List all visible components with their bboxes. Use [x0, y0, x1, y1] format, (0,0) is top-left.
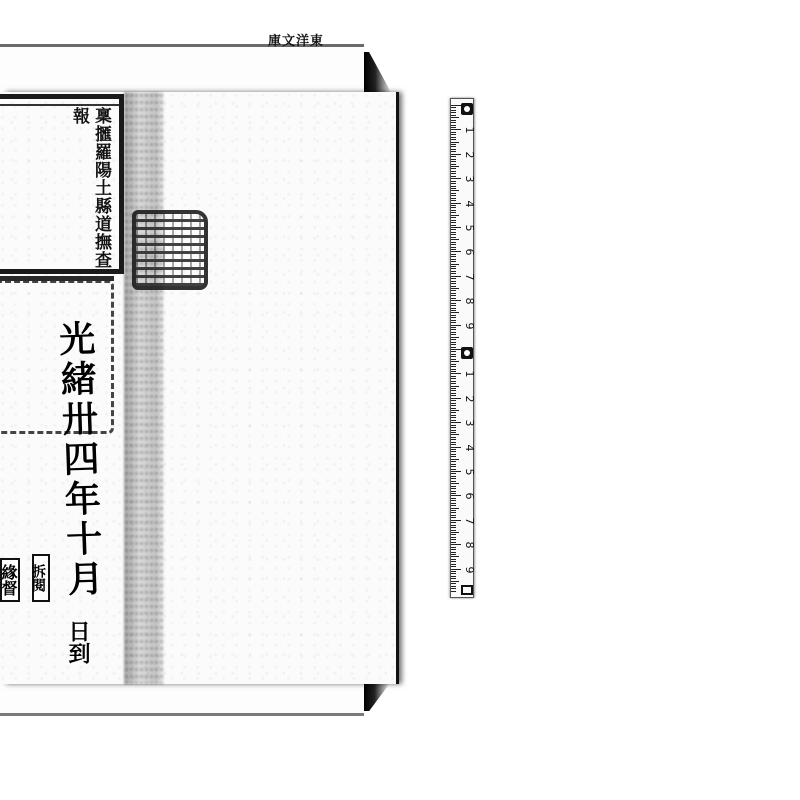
ruler-tick: [451, 132, 456, 133]
ruler-tick: [451, 459, 459, 460]
ruler-tick: [451, 476, 456, 477]
ruler-tick: [451, 522, 456, 523]
ruler-tick: [451, 227, 461, 228]
ruler-tick: [451, 183, 456, 184]
official-seal: square red/black official seal on spine: [132, 210, 208, 290]
ruler-tick: [451, 198, 456, 199]
ruler-tick: [451, 420, 456, 421]
handwritten-received: 日到: [64, 620, 94, 664]
ruler-tick: [451, 176, 456, 177]
ruler-label: 5: [461, 222, 475, 234]
ruler-tick: [451, 110, 456, 111]
ruler-tick: [451, 537, 456, 538]
ruler-tick: [451, 439, 456, 440]
ruler-tick: [451, 371, 456, 372]
ruler-tick: [451, 503, 456, 504]
small-seal-left: 緣督: [0, 558, 20, 602]
ruler-tick: [451, 283, 456, 284]
ruler-tick: [451, 234, 456, 235]
ruler-tick: [451, 432, 456, 433]
ruler-tick: [451, 393, 456, 394]
ruler-tick: [451, 303, 456, 304]
ruler-tick: [451, 573, 456, 574]
page-edge-shadow-bottom: [364, 683, 390, 711]
document-title: 稟擓羅陽土縣道撫查報: [90, 107, 112, 269]
ruler-tick: [451, 300, 461, 301]
ruler-label: 4: [461, 442, 475, 454]
ruler-tick: [451, 483, 459, 484]
ruler-label: 1: [461, 124, 475, 136]
ruler-tick: [451, 386, 459, 387]
ruler-tick: [451, 344, 456, 345]
ruler-tick: [451, 444, 456, 445]
ruler-tick: [451, 261, 456, 262]
ruler-tick: [451, 264, 459, 265]
archive-stamp: 東洋文庫: [268, 30, 324, 49]
ruler-tick: [451, 469, 456, 470]
ruler-tick: [451, 527, 456, 528]
ruler-tick: [451, 508, 459, 509]
ruler-tick: [451, 188, 456, 189]
ruler-tick: [451, 244, 456, 245]
ruler-tick: [451, 451, 456, 452]
ruler-tick: [451, 273, 456, 274]
ruler-tick: [451, 203, 461, 204]
ruler-tick: [451, 334, 456, 335]
ruler-tick: [451, 149, 456, 150]
ruler-tick: [451, 447, 461, 448]
ruler-tick: [451, 332, 456, 333]
ruler-tick: [451, 151, 456, 152]
ruler-tick: [451, 266, 456, 267]
ruler-tick: [451, 317, 456, 318]
ruler-tick: [451, 515, 456, 516]
ruler-tick: [451, 478, 456, 479]
ruler-tick: [451, 583, 456, 584]
ruler-tick: [451, 366, 456, 367]
ruler-label: 6: [461, 490, 475, 502]
scanned-document-image: 東洋文庫 稟擓羅陽土縣道撫查報 square red/black officia…: [0, 0, 800, 800]
title-label-box: 稟擓羅陽土縣道撫查報: [0, 94, 124, 274]
ruler-tick: [451, 398, 461, 399]
ruler-tick: [451, 178, 461, 179]
page-edge-shadow-top: [364, 52, 392, 94]
ruler-tick: [451, 207, 456, 208]
spine-stain: [124, 92, 164, 684]
ruler-label: 7: [461, 515, 475, 527]
ruler-tick: [451, 369, 456, 370]
ruler-tick: [451, 378, 456, 379]
ruler-tick: [451, 232, 456, 233]
ruler-tick: [451, 454, 456, 455]
ruler-tick: [451, 210, 456, 211]
ruler-tick: [451, 171, 456, 172]
ruler-tick: [451, 251, 461, 252]
ruler-tick: [451, 576, 456, 577]
document-cover: 稟擓羅陽土縣道撫查報 square red/black official sea…: [0, 92, 396, 684]
ruler-tick: [451, 449, 456, 450]
ruler-tick: [451, 410, 459, 411]
ruler-tick: [451, 308, 456, 309]
ruler-tick: [451, 569, 461, 570]
ruler-label: 6: [461, 246, 475, 258]
ruler-tick: [451, 220, 456, 221]
ruler-tick: [451, 337, 459, 338]
ruler-tick: [451, 225, 456, 226]
ruler-label: 8: [461, 539, 475, 551]
ruler-tick: [451, 554, 456, 555]
ruler-tick: [451, 542, 456, 543]
ruler-tick: [451, 295, 456, 296]
ruler-tick: [451, 205, 456, 206]
ruler-tick: [451, 534, 456, 535]
ruler-tick: [451, 217, 456, 218]
ruler-tick: [451, 161, 456, 162]
ruler-tick: [451, 547, 456, 548]
ruler-tick: [451, 290, 456, 291]
ruler-tick: [451, 144, 456, 145]
ruler-tick: [451, 354, 456, 355]
ruler-tick: [451, 117, 459, 118]
ruler-tick: [451, 461, 456, 462]
ruler-tick: [451, 310, 456, 311]
ruler-label: 4: [461, 198, 475, 210]
ruler-tick: [451, 129, 461, 130]
ruler-tick: [451, 229, 456, 230]
ruler-tick: [451, 481, 456, 482]
ruler-tick: [451, 329, 456, 330]
handwritten-date: 光緒卅四年十月: [47, 319, 107, 601]
ruler-tick: [451, 146, 456, 147]
ruler-tick: [451, 134, 456, 135]
ruler-label: 1: [461, 368, 475, 380]
ruler-tick: [451, 471, 461, 472]
ruler-tick: [451, 495, 461, 496]
ruler-tick: [451, 193, 456, 194]
ruler-tick: [451, 581, 459, 582]
ruler-tick: [451, 588, 456, 589]
measuring-ruler: 123456789123456789: [450, 98, 474, 598]
ruler-tick: [451, 268, 456, 269]
ruler-label: 7: [461, 271, 475, 283]
ruler-tick: [451, 222, 456, 223]
ruler-tick: [451, 437, 456, 438]
ruler-tick: [451, 356, 456, 357]
ruler-tick: [451, 120, 456, 121]
ruler-tick: [451, 571, 456, 572]
ruler-tick: [451, 412, 456, 413]
ruler-tick: [451, 256, 456, 257]
ruler-tick: [451, 403, 456, 404]
ruler-tick: [451, 349, 461, 350]
ruler-tick: [451, 237, 456, 238]
ruler-tick: [451, 364, 456, 365]
ruler-tick: [451, 427, 456, 428]
ruler-tick: [451, 505, 456, 506]
ruler-tick: [451, 500, 456, 501]
ruler-tick: [451, 166, 459, 167]
ruler-tick: [451, 181, 456, 182]
ruler-tick: [451, 315, 456, 316]
ruler-tick: [451, 278, 456, 279]
ruler-tick: [451, 288, 459, 289]
ruler-tick: [451, 498, 456, 499]
ruler-tick: [451, 305, 456, 306]
ruler-tick: [451, 552, 456, 553]
ruler-tick: [451, 383, 456, 384]
ruler-tick: [451, 105, 461, 106]
ruler-label: 9: [461, 564, 475, 576]
ruler-tick: [451, 276, 461, 277]
ruler-tick: [451, 327, 456, 328]
ruler-tick: [451, 408, 456, 409]
ruler-tick: [451, 259, 456, 260]
ruler-tick: [451, 566, 456, 567]
ruler-tick: [451, 417, 456, 418]
ruler-tick: [451, 347, 456, 348]
ruler-tick: [451, 464, 456, 465]
ruler-tick: [451, 376, 456, 377]
ruler-segment-marker: [461, 347, 473, 359]
ruler-tick: [451, 466, 456, 467]
ruler-tick: [451, 195, 456, 196]
ruler-tick: [451, 373, 461, 374]
ruler-tick: [451, 137, 456, 138]
ruler-tick: [451, 112, 456, 113]
ruler-tick: [451, 156, 456, 157]
ruler-tick: [451, 390, 456, 391]
ruler-tick: [451, 351, 456, 352]
ruler-tick: [451, 200, 456, 201]
ruler-tick: [451, 400, 456, 401]
ruler-label: 3: [461, 173, 475, 185]
ruler-tick: [451, 173, 456, 174]
ruler-tick: [451, 493, 456, 494]
ruler-tick: [451, 556, 459, 557]
ruler-tick: [451, 539, 456, 540]
ruler-tick: [451, 488, 456, 489]
ruler-tick: [451, 164, 456, 165]
small-seal-right: 拆閱: [32, 554, 50, 602]
ruler-tick: [451, 532, 459, 533]
ruler-tick: [451, 422, 461, 423]
ruler-tick: [451, 312, 459, 313]
ruler-label: 3: [461, 417, 475, 429]
ruler-tick: [451, 142, 459, 143]
ruler-tick: [451, 559, 456, 560]
ruler-tick: [451, 212, 456, 213]
ruler-tick: [451, 530, 456, 531]
ruler-tick: [451, 425, 456, 426]
ruler-tick: [451, 388, 456, 389]
ruler-tick: [451, 154, 461, 155]
ruler-tick: [451, 361, 459, 362]
ruler-tick: [451, 190, 459, 191]
ruler-tick: [451, 325, 461, 326]
ruler-label: 2: [461, 149, 475, 161]
ruler-tick: [451, 486, 456, 487]
ruler-label: 8: [461, 295, 475, 307]
ruler-tick: [451, 395, 456, 396]
ruler-tick: [451, 107, 456, 108]
ruler-tick: [451, 247, 456, 248]
ruler-tick: [451, 381, 456, 382]
ruler-tick: [451, 442, 456, 443]
ruler-tick: [451, 115, 456, 116]
ruler-tick: [451, 564, 456, 565]
ruler-tick: [451, 434, 459, 435]
ruler-tick: [451, 254, 456, 255]
ruler-end-marker: [461, 585, 473, 595]
ruler-tick: [451, 578, 456, 579]
ruler-label: 2: [461, 393, 475, 405]
ruler-tick: [451, 298, 456, 299]
ruler-tick: [451, 286, 456, 287]
ruler-tick: [451, 215, 459, 216]
ruler-tick: [451, 122, 456, 123]
ruler-tick: [451, 430, 456, 431]
ruler-tick: [451, 549, 456, 550]
ruler-tick: [451, 139, 456, 140]
ruler-tick: [451, 339, 456, 340]
ruler-tick: [451, 544, 461, 545]
ruler-tick: [451, 168, 456, 169]
ruler-tick: [451, 473, 456, 474]
ruler-label: 9: [461, 320, 475, 332]
ruler-tick: [451, 491, 456, 492]
ruler-tick: [451, 591, 456, 592]
ruler-tick: [451, 322, 456, 323]
ruler-tick: [451, 249, 456, 250]
ruler-tick: [451, 159, 456, 160]
ruler-tick: [451, 586, 456, 587]
ruler-tick: [451, 525, 456, 526]
ruler-segment-marker: [461, 103, 473, 115]
ruler-tick: [451, 239, 459, 240]
ruler-tick: [451, 517, 456, 518]
ruler-tick: [451, 186, 456, 187]
ruler-tick: [451, 561, 456, 562]
ruler-tick: [451, 510, 456, 511]
ruler-label: 5: [461, 466, 475, 478]
ruler-tick: [451, 520, 461, 521]
ruler-tick: [451, 271, 456, 272]
ruler-tick: [451, 281, 456, 282]
ruler-tick: [451, 320, 456, 321]
ruler-tick: [451, 415, 456, 416]
ruler-tick: [451, 342, 456, 343]
ruler-tick: [451, 125, 456, 126]
ruler-tick: [451, 242, 456, 243]
ruler-tick: [451, 512, 456, 513]
ruler-tick: [451, 359, 456, 360]
ruler-tick: [451, 456, 456, 457]
ruler-tick: [451, 293, 456, 294]
ruler-tick: [451, 127, 456, 128]
ruler-tick: [451, 405, 456, 406]
